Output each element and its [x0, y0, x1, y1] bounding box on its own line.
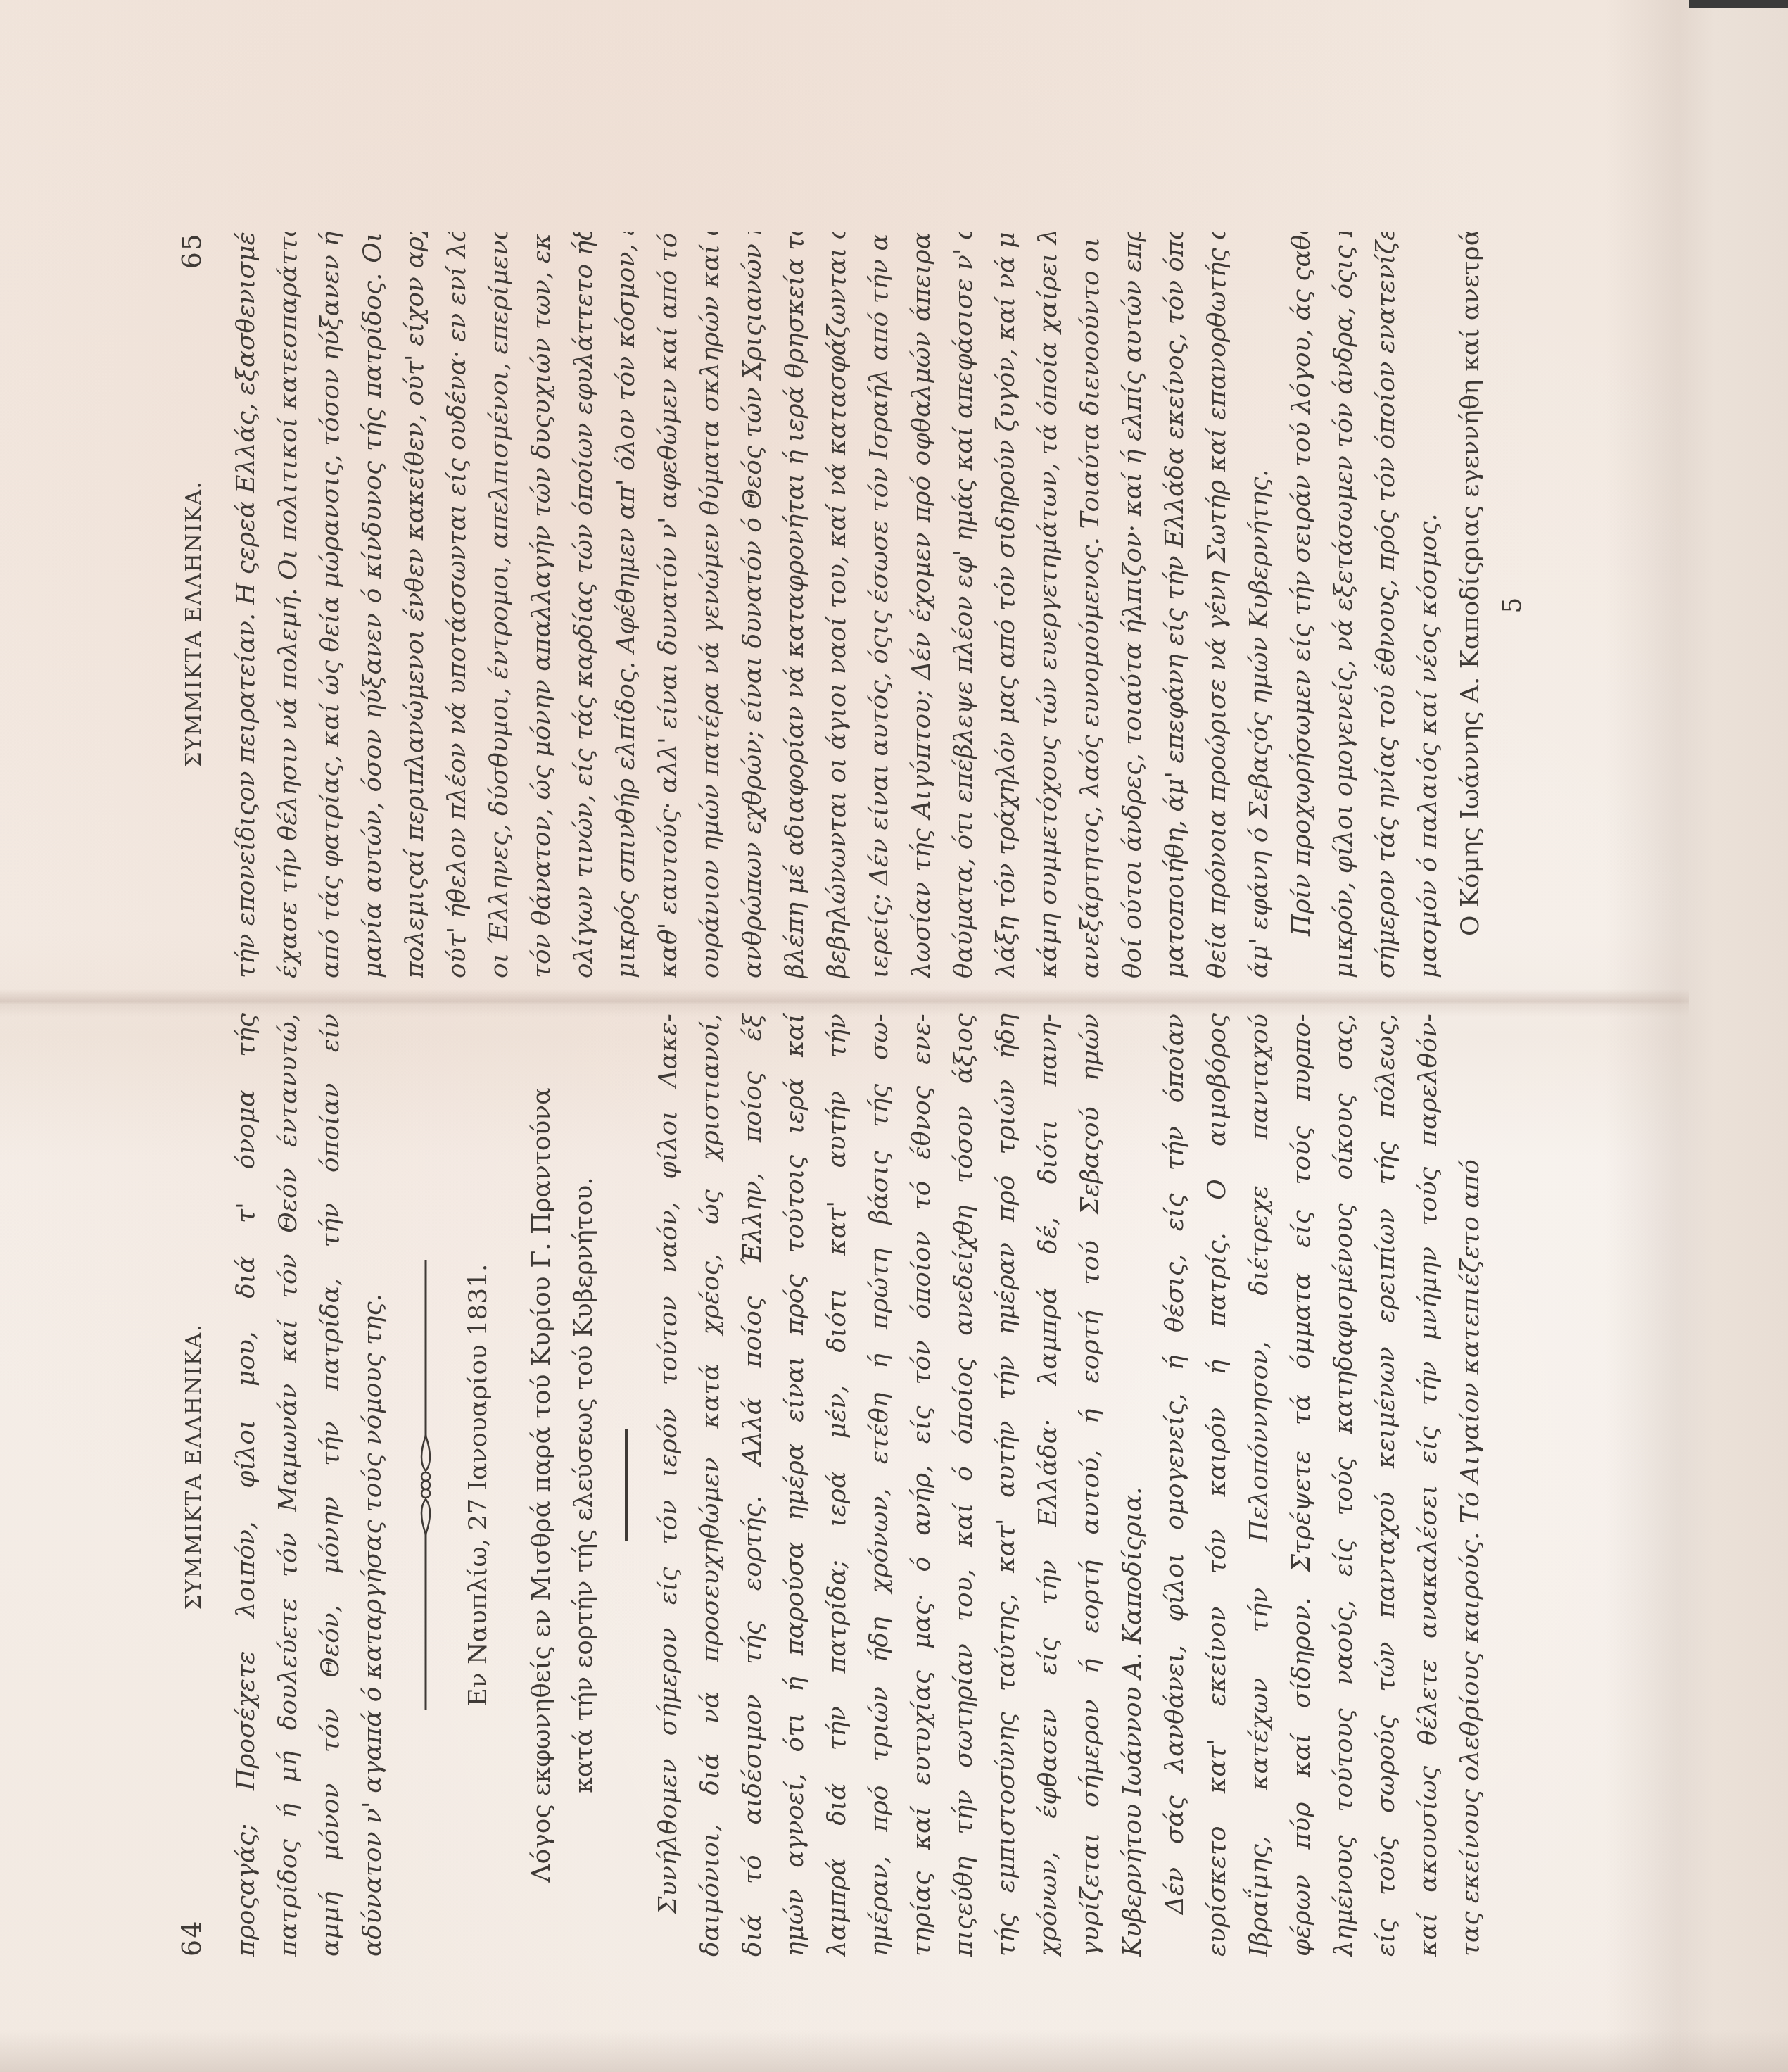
text-line: μανία αυτών, όσον ηύξανεν ό κίνδυνος τής… — [352, 232, 394, 978]
text-line: καθ' εαυτούς· αλλ' είναι δυνατόν ν' αφεθ… — [647, 232, 690, 978]
text-line: φέρων πύρ καί σίδηρον. Στρέψετε τά όμματ… — [1281, 1013, 1323, 1957]
ornamental-rule-icon — [415, 1260, 436, 1710]
page-65: ΣΥΜΜΙΚΤΑ ΕΛΛΗΝΙΚΑ. 65 τήν επονείδιςον πε… — [176, 232, 1485, 978]
text-line: ολίγων τινών, είς τάς καρδίας τών όποίων… — [563, 232, 605, 978]
running-title: ΣΥΜΜΙΚΤΑ ΕΛΛΗΝΙΚΑ. — [182, 269, 206, 978]
page-64: 64 ΣΥΜΜΙΚΤΑ ΕΛΛΗΝΙΚΑ. προςαγάς; Προσέχετ… — [176, 1013, 1485, 1957]
ornament-divider — [394, 1013, 457, 1957]
text-line: λημένους τούτους ναούς, είς τούς κατηδαφ… — [1323, 1013, 1365, 1957]
text-line: θοί ούτοι άνδρες, τοιαύτα ήλπιζον· καί ή… — [1112, 232, 1154, 978]
short-rule-divider — [605, 1013, 647, 1957]
text-line: λάξη τόν τράχηλόν μας από τόν σιδηρούν ζ… — [985, 232, 1027, 978]
text-line: ημέραν, πρό τριών ήδη χρόνων, ετέθη ή πρ… — [858, 1013, 901, 1957]
running-head: ΣΥΜΜΙΚΤΑ ΕΛΛΗΝΙΚΑ. 65 — [176, 232, 225, 978]
text-line: χρόνων, έφθασεν είς τήν Ελλάδα· λαμπρά δ… — [1027, 1013, 1070, 1957]
text-line: λωσίαν τής Αιγύπτου; Δέν έχομεν πρό οφθα… — [901, 232, 943, 978]
text-line: Κυβερνήτου Ιωάννου Α. Καποδίςρια. — [1112, 1013, 1154, 1957]
page-number: 65 — [176, 232, 207, 269]
page-body: Συνήλθομεν σήμερον είς τόν ιερόν τούτον … — [647, 1013, 1492, 1957]
text-line: είς τούς σωρούς τών πανταχού κειμένων ερ… — [1365, 1013, 1407, 1957]
text-line: καί ακουσίως θέλετε ανακαλέσει είς τήν μ… — [1407, 1013, 1450, 1957]
text-line: πατρίδος ή μή δουλεύετε τόν Μαμωνάν καί … — [267, 1013, 310, 1957]
text-line: δαιμόνιοι, διά νά προσευχηθώμεν κατά χρέ… — [690, 1013, 732, 1957]
text-line: ανθρώπων εχθρών; είναι δυνατόν ό Θεός τώ… — [732, 232, 774, 978]
speech-heading-line-1: Λόγος εκφωνηθείς εν Μισθρά παρά τού Κυρί… — [521, 1013, 563, 1957]
text-line: ανεξάρτητος, λαός ευνομούμενος. Τοιαύτα … — [1070, 232, 1112, 978]
text-line: τόν θάνατον, ώς μόνην απαλλαγήν τών δυςυ… — [521, 232, 563, 978]
page-body-continued: Πρίν προχωρήσωμεν είς τήν σειράν τού λόγ… — [1281, 232, 1492, 978]
text-line: μικρόν, φίλοι ομογενείς, νά εξετάσωμεν τ… — [1323, 232, 1365, 978]
text-line: αδύνατον ν' αγαπά ό καταργήσας τούς νόμο… — [352, 1013, 394, 1957]
closing-paragraph: προςαγάς; Προσέχετε λοιπόν, φίλοι μου, δ… — [225, 1013, 394, 1957]
text-line: βλέπη μέ αδιαφορίαν νά καταφρονήται ή ιε… — [774, 232, 816, 978]
text-line: Δέν σάς λανθάνει, φίλοι ομογενείς, ή θέσ… — [1154, 1013, 1196, 1957]
text-line: Ιβραΐμης, κατέχων τήν Πελοπόννησον, διέτ… — [1238, 1013, 1281, 1957]
running-head: 64 ΣΥΜΜΙΚΤΑ ΕΛΛΗΝΙΚΑ. — [176, 1013, 225, 1957]
page-body: τήν επονείδιςον πειρατείαν. Η ςερεά Ελλά… — [225, 232, 1281, 978]
text-line: διά τό αιδέσιμον τής εορτής. Αλλά ποίος … — [732, 1013, 774, 1957]
page-number: 64 — [176, 1920, 207, 1957]
text-line: πιςεύθη τήν σωτηρίαν του, καί ό όποίος α… — [943, 1013, 985, 1957]
text-line: τήν επονείδιςον πειρατείαν. Η ςερεά Ελλά… — [225, 232, 267, 978]
text-line: έχασε τήν θέλησιν νά πολεμή. Οι πολιτικο… — [267, 232, 310, 978]
text-line: από τάς φατρίας, καί ώς θεία μώρανσις, τ… — [310, 232, 352, 978]
text-line: μασμόν ό παλαιός καί νέος κόσμος. — [1407, 232, 1450, 978]
dateline: Εν Ναυπλίω, 27 Ιανουαρίου 1831. — [457, 1013, 500, 1957]
signature-mark: 5 — [1492, 232, 1534, 978]
text-line: ημών αγνοεί, ότι ή παρούσα ημέρα είναι π… — [774, 1013, 816, 1957]
text-line: λαμπρά διά τήν πατρίδα; ιερά μέν, διότι … — [816, 1013, 858, 1957]
text-line: κάμη συμμετόχους τών ευεργετημάτων, τά ό… — [1027, 232, 1070, 978]
text-line: τηρίας καί ευτυχίας μας· ό ανήρ, είς τόν… — [901, 1013, 943, 1957]
text-line: ούτ' ήθελον πλέον νά υποτάσσωνται είς ου… — [436, 232, 478, 978]
text-line: θαύματα, ότι επέβλεψε πλέον εφ' ημάς καί… — [943, 232, 985, 978]
text-line: αμμή μόνον τόν Θεόν, μόνην τήν πατρίδα, … — [310, 1013, 352, 1957]
text-line: τής εμπιστοσύνης ταύτης, κατ' αυτήν τήν … — [985, 1013, 1027, 1957]
text-line: σήμερον τάς ηνίας τού έθνους, πρός τόν ό… — [1365, 232, 1407, 978]
scan-background-corner — [1689, 0, 1788, 8]
text-line: ευρίσκετο κατ' εκείνον τόν καιρόν ή πατρ… — [1196, 1013, 1238, 1957]
running-title: ΣΥΜΜΙΚΤΑ ΕΛΛΗΝΙΚΑ. — [182, 1013, 206, 1920]
page-edge-flap — [1605, 0, 1788, 2072]
text-line: άμ' εφάνη ό Σεβαςός ημών Κυβερνήτης. — [1238, 232, 1281, 978]
text-line: Πρίν προχωρήσωμεν είς τήν σειράν τού λόγ… — [1281, 232, 1323, 978]
text-line: Συνήλθομεν σήμερον είς τόν ιερόν τούτον … — [647, 1013, 690, 1957]
text-line: ιερείς; Δέν είναι αυτός, όςις έσωσε τόν … — [858, 232, 901, 978]
text-line: πολεμιςαί περιπλανώμενοι ένθεν κακείθεν,… — [394, 232, 436, 978]
book-gutter-fold — [0, 989, 1689, 1017]
text-line: τας εκείνους ολεθρίους καιρούς. Τό Αιγαί… — [1450, 1013, 1492, 1957]
text-line: βεβηλώνωνται οι άγιοι ναοί του, καί νά κ… — [816, 232, 858, 978]
text-line: ματοποιήθη, άμ' επεφάνη είς τήν Ελλάδα ε… — [1154, 232, 1196, 978]
text-line: γυρίζεται σήμερον ή εορτή αυτού, ή εορτή… — [1070, 1013, 1112, 1957]
text-line: προςαγάς; Προσέχετε λοιπόν, φίλοι μου, δ… — [225, 1013, 267, 1957]
speech-heading-line-2: κατά τήν εορτήν τής ελεύσεως τού Κυβερνή… — [563, 1013, 605, 1957]
text-line: οι Έλληνες, δύσθυμοι, έντρομοι, απελπισμ… — [478, 232, 521, 978]
text-line: μικρός σπινθήρ ελπίδος. Αφέθημεν απ' όλο… — [605, 232, 647, 978]
text-line: θεία πρόνοια προώρισε νά γένη Σωτήρ καί … — [1196, 232, 1238, 978]
page-bottom-edge — [0, 2030, 1788, 2072]
text-line: ουράνιον ημών πατέρα νά γενώμεν θύματα σ… — [690, 232, 732, 978]
text-line: Ο Κόμης Ιωάννης Α. Καποδίςριας εγεννήθη … — [1450, 232, 1492, 978]
